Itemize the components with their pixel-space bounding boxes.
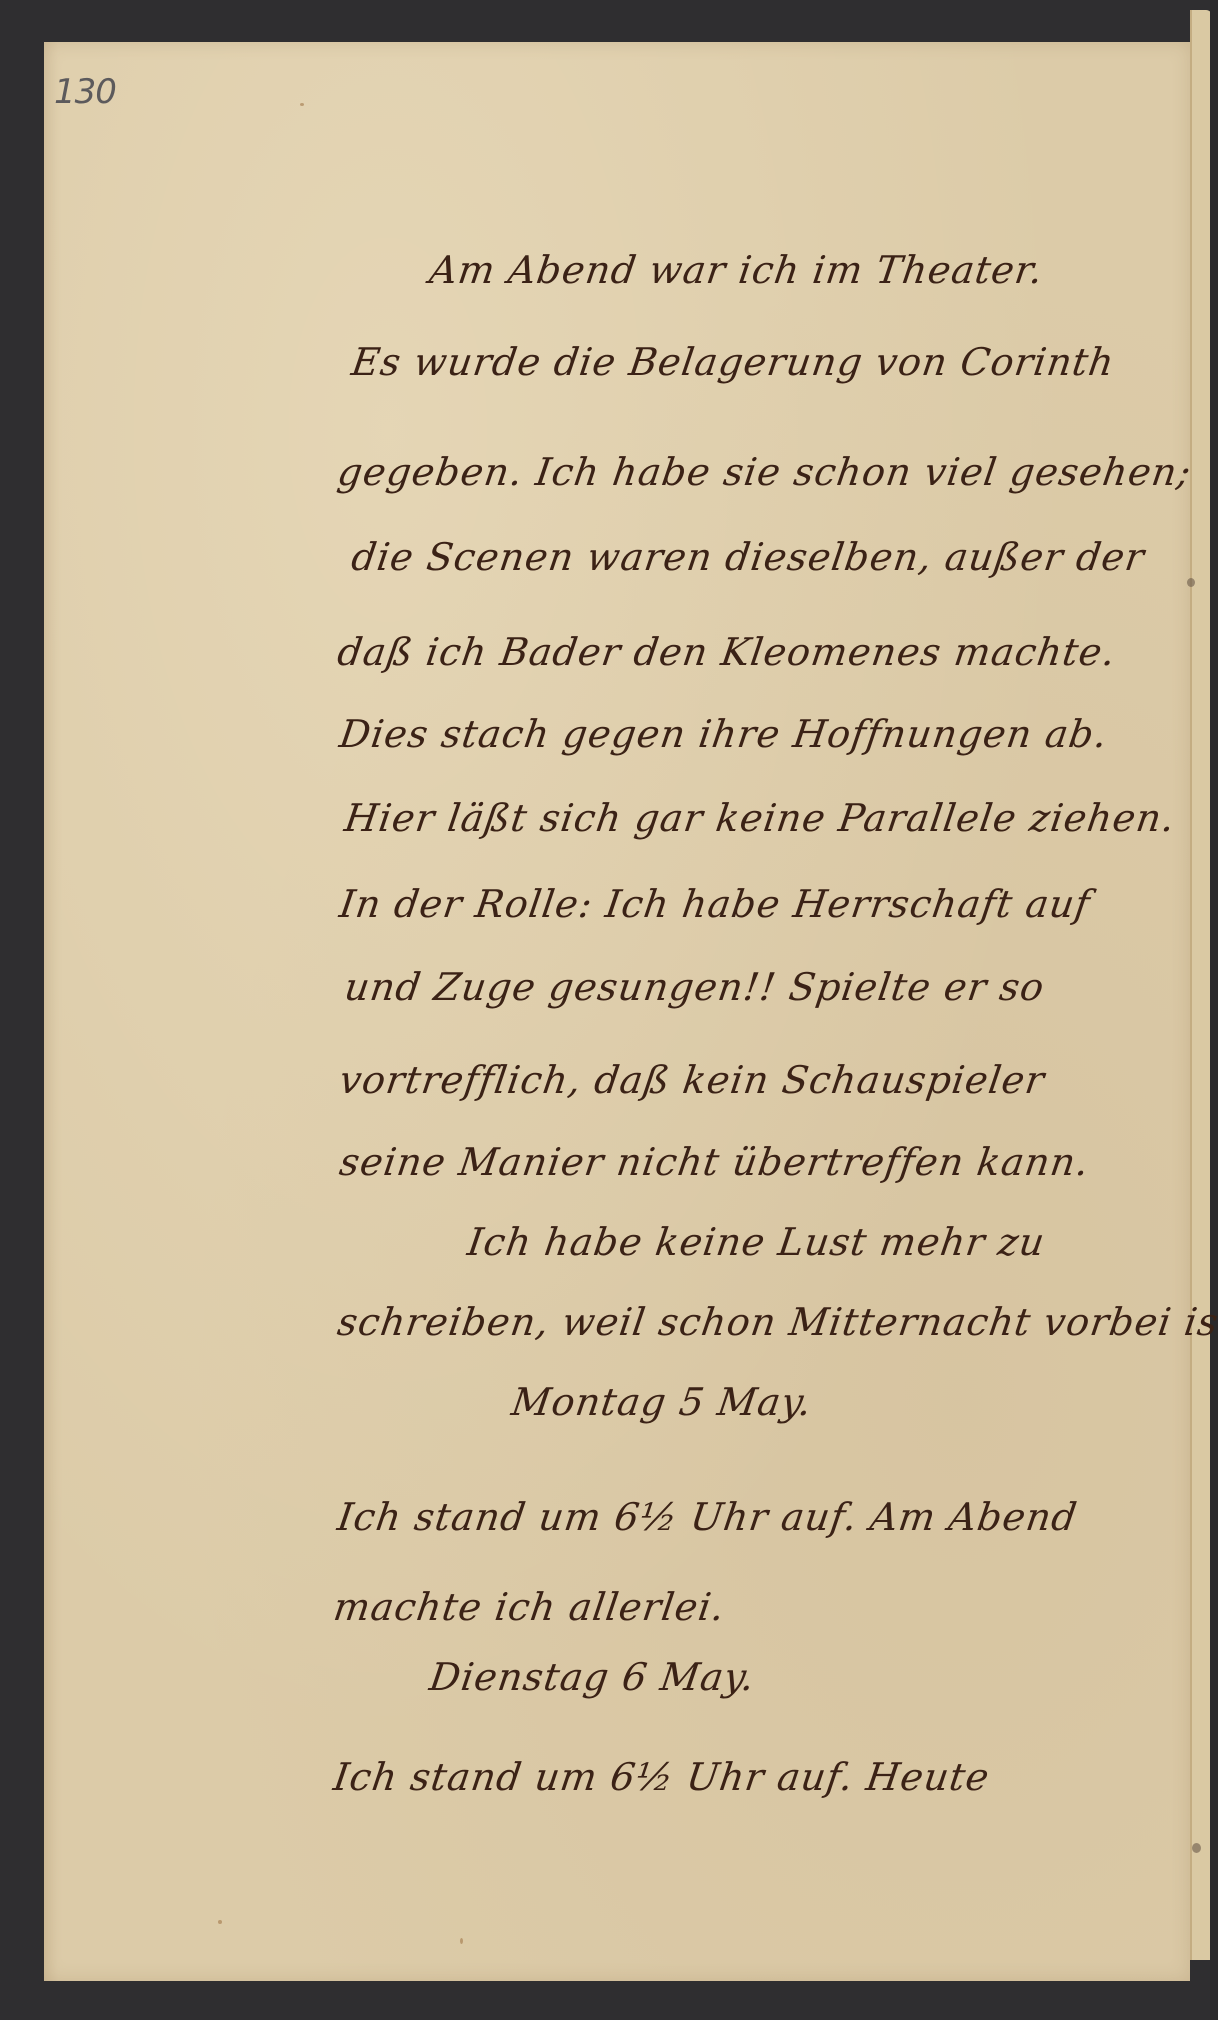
paper-speck (1192, 1843, 1201, 1853)
date-heading: Montag 5 May. (509, 1380, 815, 1424)
paper-speck (300, 103, 304, 106)
paper-speck (460, 1938, 463, 1944)
text-line: Es wurde die Belagerung von Corinth (349, 340, 1118, 384)
text-line: Dies stach gegen ihre Hoffnungen ab. (337, 712, 1111, 756)
text-line: schreiben, weil schon Mitternacht vorbei… (335, 1300, 1218, 1344)
paper-speck (1187, 578, 1195, 587)
text-line: Am Abend war ich im Theater. (427, 248, 1046, 292)
text-line: die Scenen waren dieselben, außer der (349, 535, 1148, 579)
adjacent-page-edge (1190, 10, 1212, 1960)
paper-speck (218, 1920, 222, 1924)
date-heading: Dienstag 6 May. (427, 1655, 758, 1699)
binding-shadow (1210, 0, 1218, 2020)
text-line: In der Rolle: Ich habe Herrschaft auf (337, 882, 1093, 926)
text-line: daß ich Bader den Kleomenes machte. (335, 630, 1119, 674)
text-line: Ich stand um 6½ Uhr auf. Heute (331, 1755, 993, 1799)
text-line: machte ich allerlei. (331, 1585, 728, 1629)
text-line: Hier läßt sich gar keine Parallele ziehe… (342, 796, 1178, 840)
text-line: Ich habe keine Lust mehr zu (465, 1220, 1048, 1264)
text-line: seine Manier nicht übertreffen kann. (337, 1140, 1092, 1184)
text-line: gegeben. Ich habe sie schon viel gesehen… (335, 450, 1194, 494)
text-line: Ich stand um 6½ Uhr auf. Am Abend (335, 1495, 1080, 1539)
text-line: vortrefflich, daß kein Schauspieler (337, 1058, 1048, 1102)
text-line: und Zuge gesungen!! Spielte er so (342, 965, 1048, 1009)
folio-number: 130 (54, 72, 116, 112)
